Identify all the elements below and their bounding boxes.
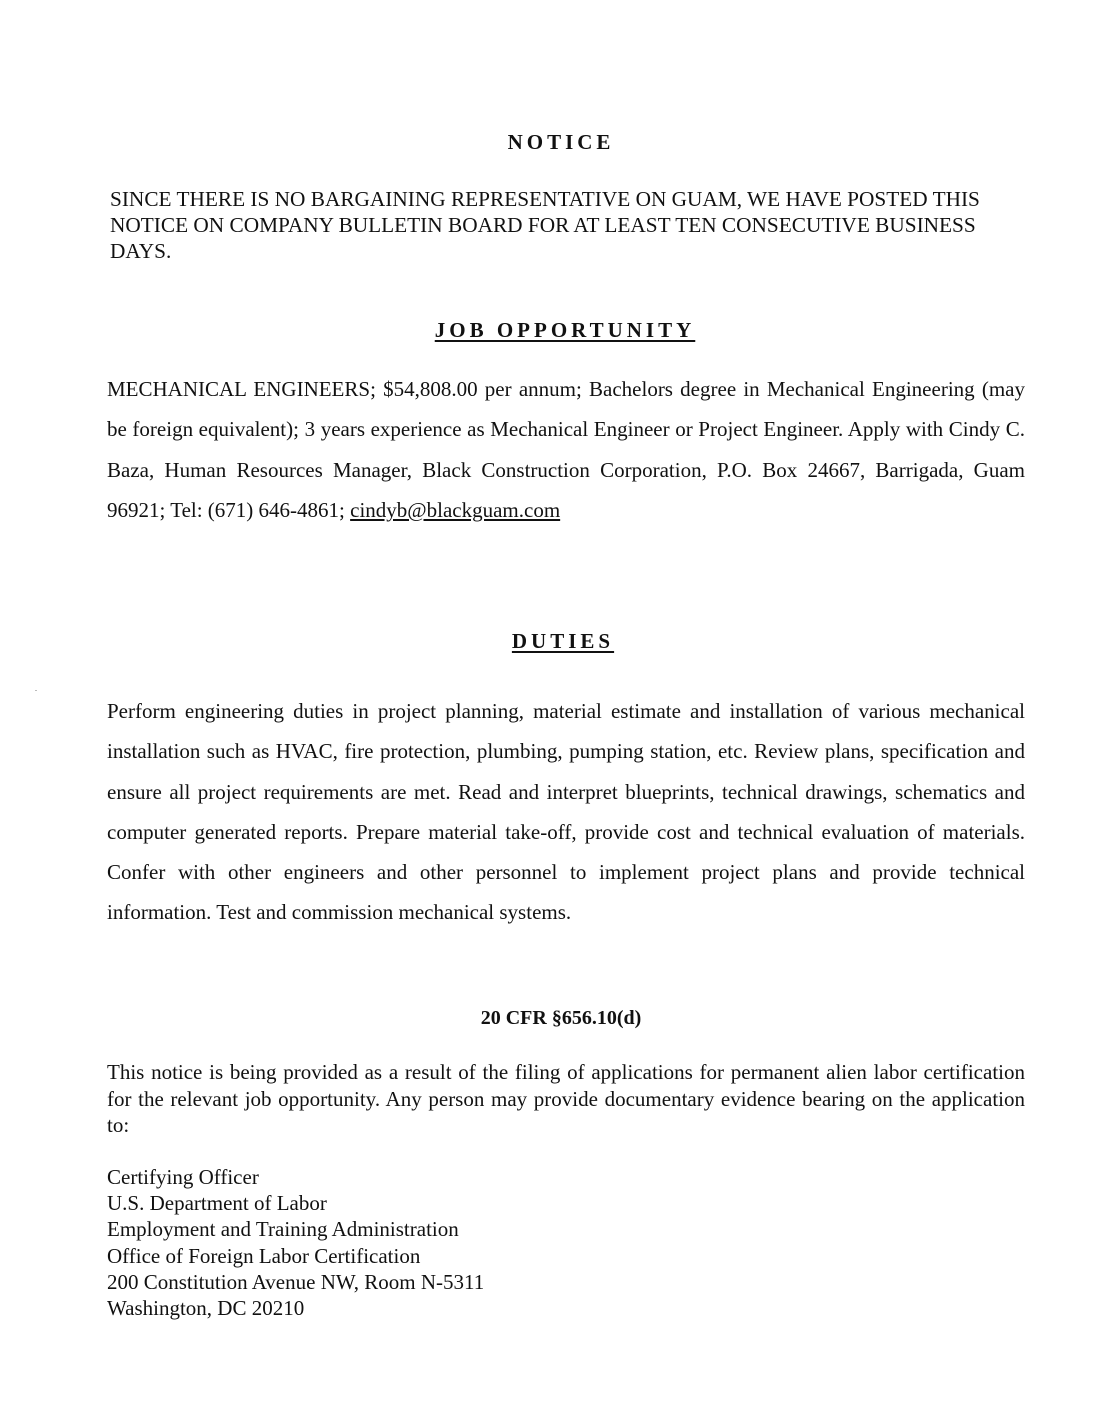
document-page: NOTICE SINCE THERE IS NO BARGAINING REPR… — [0, 0, 1110, 1424]
contact-email-link[interactable]: cindyb@blackguam.com — [350, 498, 560, 522]
job-opportunity-text: MECHANICAL ENGINEERS; $54,808.00 per ann… — [107, 377, 1025, 522]
regulation-heading-text: 20 CFR §656.10(d) — [481, 1007, 642, 1029]
regulation-body: This notice is being provided as a resul… — [107, 1059, 1025, 1139]
address-line: 200 Constitution Avenue NW, Room N-5311 — [107, 1269, 484, 1295]
address-line: Certifying Officer — [107, 1164, 484, 1190]
address-line: Employment and Training Administration — [107, 1216, 484, 1242]
notice-heading: NOTICE — [6, 130, 1110, 155]
notice-heading-text: NOTICE — [508, 130, 615, 154]
address-line: Office of Foreign Labor Certification — [107, 1243, 484, 1269]
duties-heading: DUTIES — [8, 629, 1110, 654]
job-opportunity-heading-text: JOB OPPORTUNITY — [435, 318, 696, 342]
certifying-officer-address: Certifying Officer U.S. Department of La… — [107, 1164, 484, 1321]
job-opportunity-heading: JOB OPPORTUNITY — [10, 318, 1110, 343]
duties-heading-text: DUTIES — [512, 629, 614, 653]
regulation-heading: 20 CFR §656.10(d) — [6, 1007, 1110, 1030]
address-line: U.S. Department of Labor — [107, 1190, 484, 1216]
notice-body: SINCE THERE IS NO BARGAINING REPRESENTAT… — [110, 186, 1040, 264]
job-opportunity-body: MECHANICAL ENGINEERS; $54,808.00 per ann… — [107, 369, 1025, 530]
scan-speck — [35, 690, 37, 691]
address-line: Washington, DC 20210 — [107, 1295, 484, 1321]
duties-body: Perform engineering duties in project pl… — [107, 691, 1025, 933]
